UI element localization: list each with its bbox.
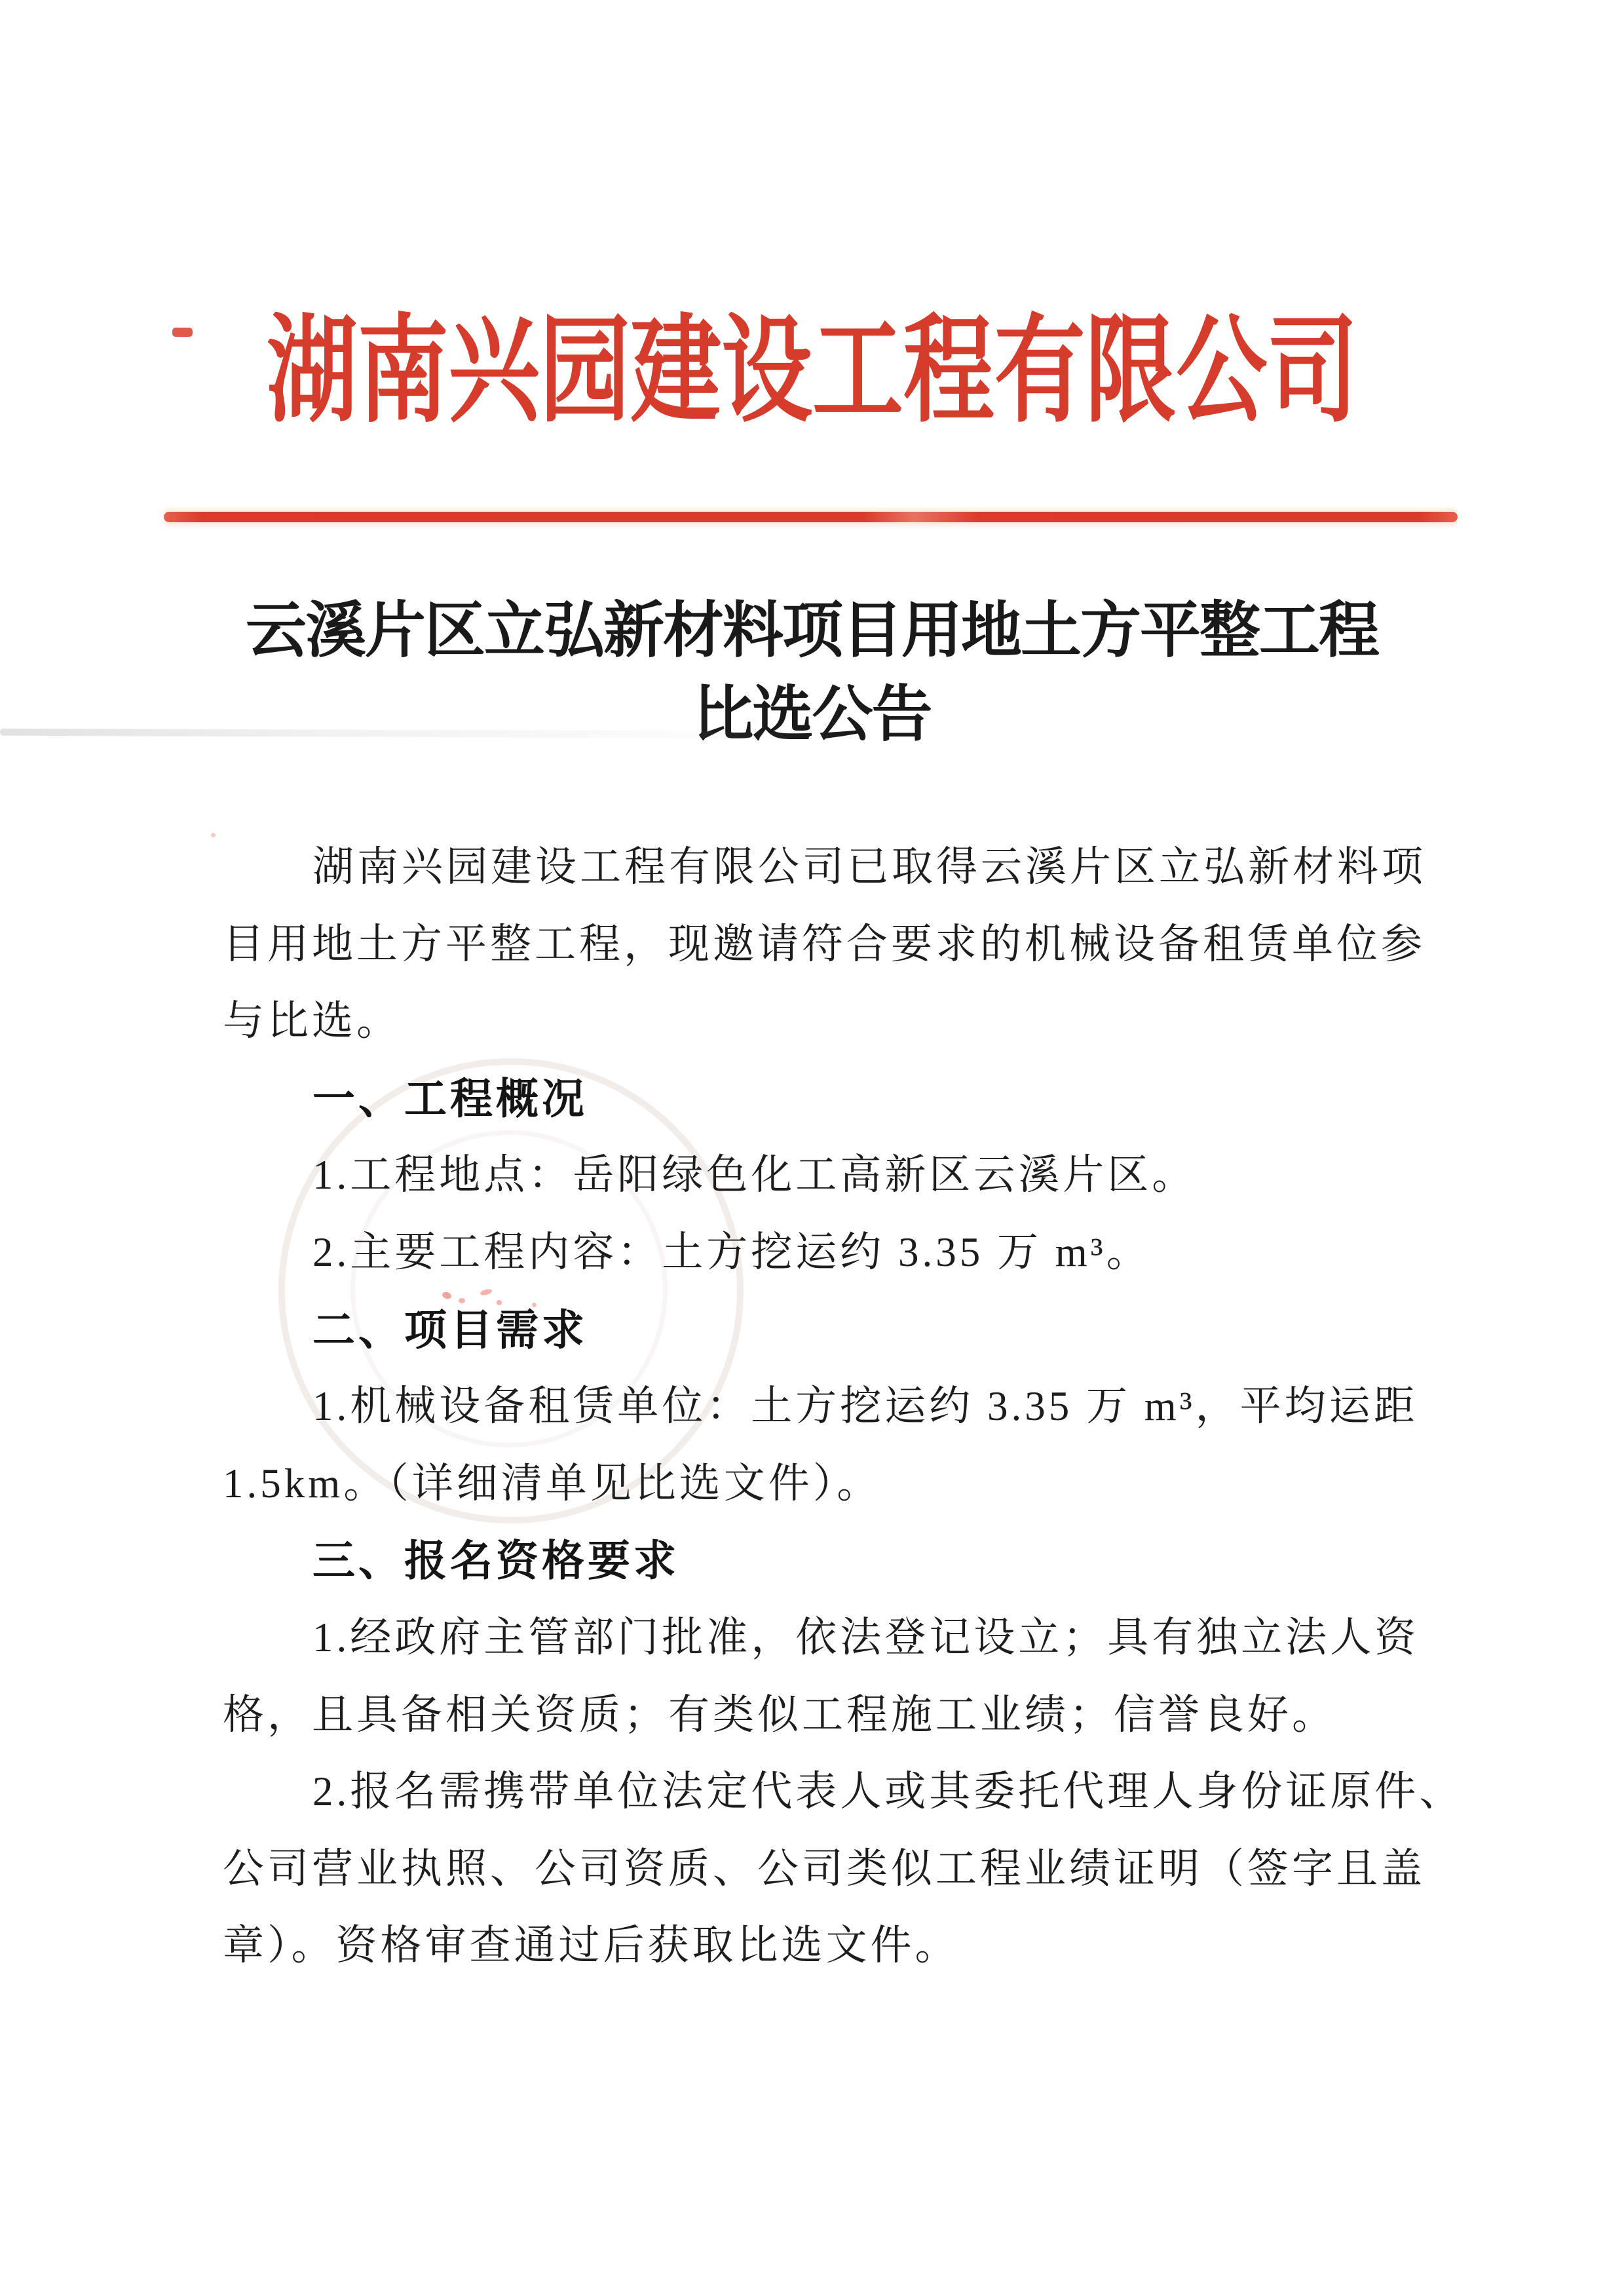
company-letterhead: 湖南兴园建设工程有限公司	[0, 313, 1624, 430]
document-body: 湖南兴园建设工程有限公司已取得云溪片区立弘新材料项 目用地土方平整工程，现邀请符…	[223, 829, 1507, 1985]
title-line-2: 比选公告	[0, 674, 1624, 757]
body-line: 1.5km。（详细清单见比选文件）。	[223, 1445, 1507, 1523]
title-line-1: 云溪片区立弘新材料项目用地土方平整工程	[0, 590, 1624, 674]
body-line: 格，且具备相关资质；有类似工程施工业绩；信誉良好。	[223, 1677, 1507, 1754]
section-heading: 二、项目需求	[223, 1291, 1507, 1369]
red-ink-speckle	[211, 833, 216, 837]
document-page: 湖南兴园建设工程有限公司 云溪片区立弘新材料项目用地土方平整工程 比选公告 湖南…	[0, 0, 1624, 2296]
body-line: 2.报名需携带单位法定代表人或其委托代理人身份证原件、	[223, 1753, 1507, 1831]
body-line: 公司营业执照、公司资质、公司类似工程业绩证明（签字且盖	[223, 1831, 1507, 1908]
body-line: 2.主要工程内容：土方挖运约 3.35 万 m³。	[223, 1214, 1507, 1291]
body-line: 目用地土方平整工程，现邀请符合要求的机械设备租赁单位参	[223, 906, 1507, 984]
section-heading: 三、报名资格要求	[223, 1522, 1507, 1599]
body-line: 1.机械设备租赁单位：土方挖运约 3.35 万 m³，平均运距	[223, 1368, 1507, 1445]
body-line: 1.经政府主管部门批准，依法登记设立；具有独立法人资	[223, 1599, 1507, 1677]
letterhead-divider-line	[164, 512, 1458, 522]
company-name: 湖南兴园建设工程有限公司	[266, 313, 1357, 430]
body-line: 1.工程地点：岳阳绿色化工高新区云溪片区。	[223, 1137, 1507, 1214]
body-line: 与比选。	[223, 983, 1507, 1060]
body-line: 湖南兴园建设工程有限公司已取得云溪片区立弘新材料项	[223, 829, 1507, 906]
body-line: 章）。资格审查通过后获取比选文件。	[223, 1907, 1507, 1985]
section-heading: 一、工程概况	[223, 1060, 1507, 1138]
